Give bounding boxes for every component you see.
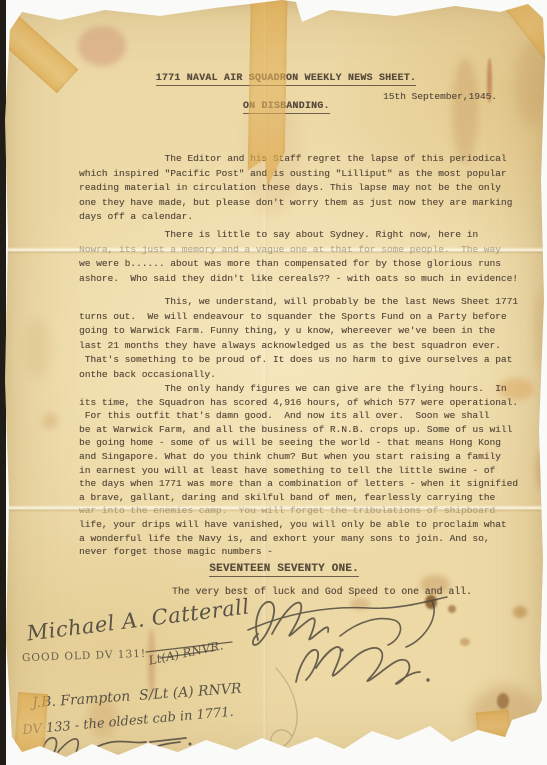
- paragraph-flying-hours: The only handy figures we can give are t…: [79, 382, 518, 559]
- tape-top-center: [247, 0, 287, 186]
- typed-line: going to Warwick Farm. Funny thing, y u …: [79, 324, 518, 339]
- typed-line: its time, the Squadron has scored 4,916 …: [79, 396, 518, 410]
- typed-line: ashore. Who said they didn't like cereal…: [79, 272, 518, 287]
- scanned-letter-page: { "document": { "header": { "title": "17…: [0, 0, 547, 765]
- paragraph-sydney: There is little to say about Sydney. Rig…: [79, 228, 518, 286]
- stain: [42, 413, 58, 429]
- typed-line: last 21 months they have always acknowle…: [79, 339, 518, 354]
- letter-paper: 1771 NAVAL AIR SQUADRON WEEKLY NEWS SHEE…: [0, 0, 547, 765]
- typed-line: be at Warwick Farm, and all the business…: [79, 423, 518, 437]
- stain: [513, 606, 527, 618]
- typed-line: This, we understand, will probably be th…: [79, 295, 518, 310]
- typed-line: life, your drips will have vanished, you…: [79, 518, 518, 532]
- typed-line: onthe back occasionally.: [79, 368, 518, 383]
- stain: [497, 693, 509, 709]
- typed-line: be going home - some of us will be seein…: [79, 436, 518, 450]
- stain: [448, 605, 456, 613]
- typed-line: turns out. We will endeavour to squander…: [79, 310, 518, 325]
- typed-line: a wonderful life the Navy is, and exhort…: [79, 532, 518, 546]
- stain: [425, 595, 437, 609]
- signature-catterall: Michael A. Catterall: [25, 594, 251, 645]
- paragraph-editor-regret: The Editor and his Staff regret the laps…: [79, 152, 512, 225]
- pencil-loop-faint: [271, 668, 297, 748]
- typed-line: we were b...... about was more than comp…: [79, 257, 518, 272]
- typed-line: in earnest you will at least have someth…: [79, 464, 518, 478]
- signature-scrawl-right-1-tail: [248, 597, 447, 647]
- typed-line: The only handy figures we can give are t…: [79, 382, 518, 396]
- tape-bottom-right: [476, 709, 512, 740]
- typed-line: reading material in circulation these da…: [79, 181, 512, 196]
- paragraph-last-news-sheet: This, we understand, will probably be th…: [79, 295, 518, 382]
- signature-scrawl-right-2: [296, 647, 420, 684]
- slogan-line: SEVENTEEN SEVENTY ONE.: [182, 551, 359, 589]
- closing-line: The very best of luck and God Speed to o…: [172, 586, 472, 597]
- typed-line: one they have made, but please don't wor…: [79, 196, 512, 211]
- typed-line: Nowra, its just a memory and a vague one…: [79, 243, 518, 258]
- typed-line: war into the enemies camp. You will forg…: [79, 504, 518, 518]
- slogan-text: SEVENTEEN SEVENTY ONE.: [209, 563, 359, 577]
- typed-line: That's something to be proud of. It does…: [79, 353, 518, 368]
- tape-bottom-left: [14, 692, 48, 758]
- typed-line: For this outfit that's damn good. And no…: [79, 409, 518, 423]
- letter-date: 15th September,1945.: [383, 91, 497, 102]
- stain: [78, 26, 126, 66]
- typed-line: days off a calendar.: [79, 210, 512, 225]
- typed-line: which inspired "Pacific Post" and is ous…: [79, 167, 512, 182]
- signature-scrawl-bottom-partial: [43, 738, 186, 762]
- signature-catterall-rank: Lt(A) RNVR.: [147, 638, 224, 667]
- stain: [536, 450, 547, 490]
- stain: [25, 318, 50, 378]
- stain: [350, 598, 370, 610]
- note-good-old-dv131: GOOD OLD DV 131!: [22, 648, 146, 664]
- stain: [535, 290, 545, 370]
- typed-line: There is little to say about Sydney. Rig…: [79, 228, 518, 243]
- typed-line: a brave, gallant, daring and skilful ban…: [79, 491, 518, 505]
- typed-line: and Singapore. What do you think chum? B…: [79, 450, 518, 464]
- typed-line: the days when 1771 was more than a combi…: [79, 477, 518, 491]
- stain: [460, 638, 470, 646]
- typed-line: The Editor and his Staff regret the laps…: [79, 152, 512, 167]
